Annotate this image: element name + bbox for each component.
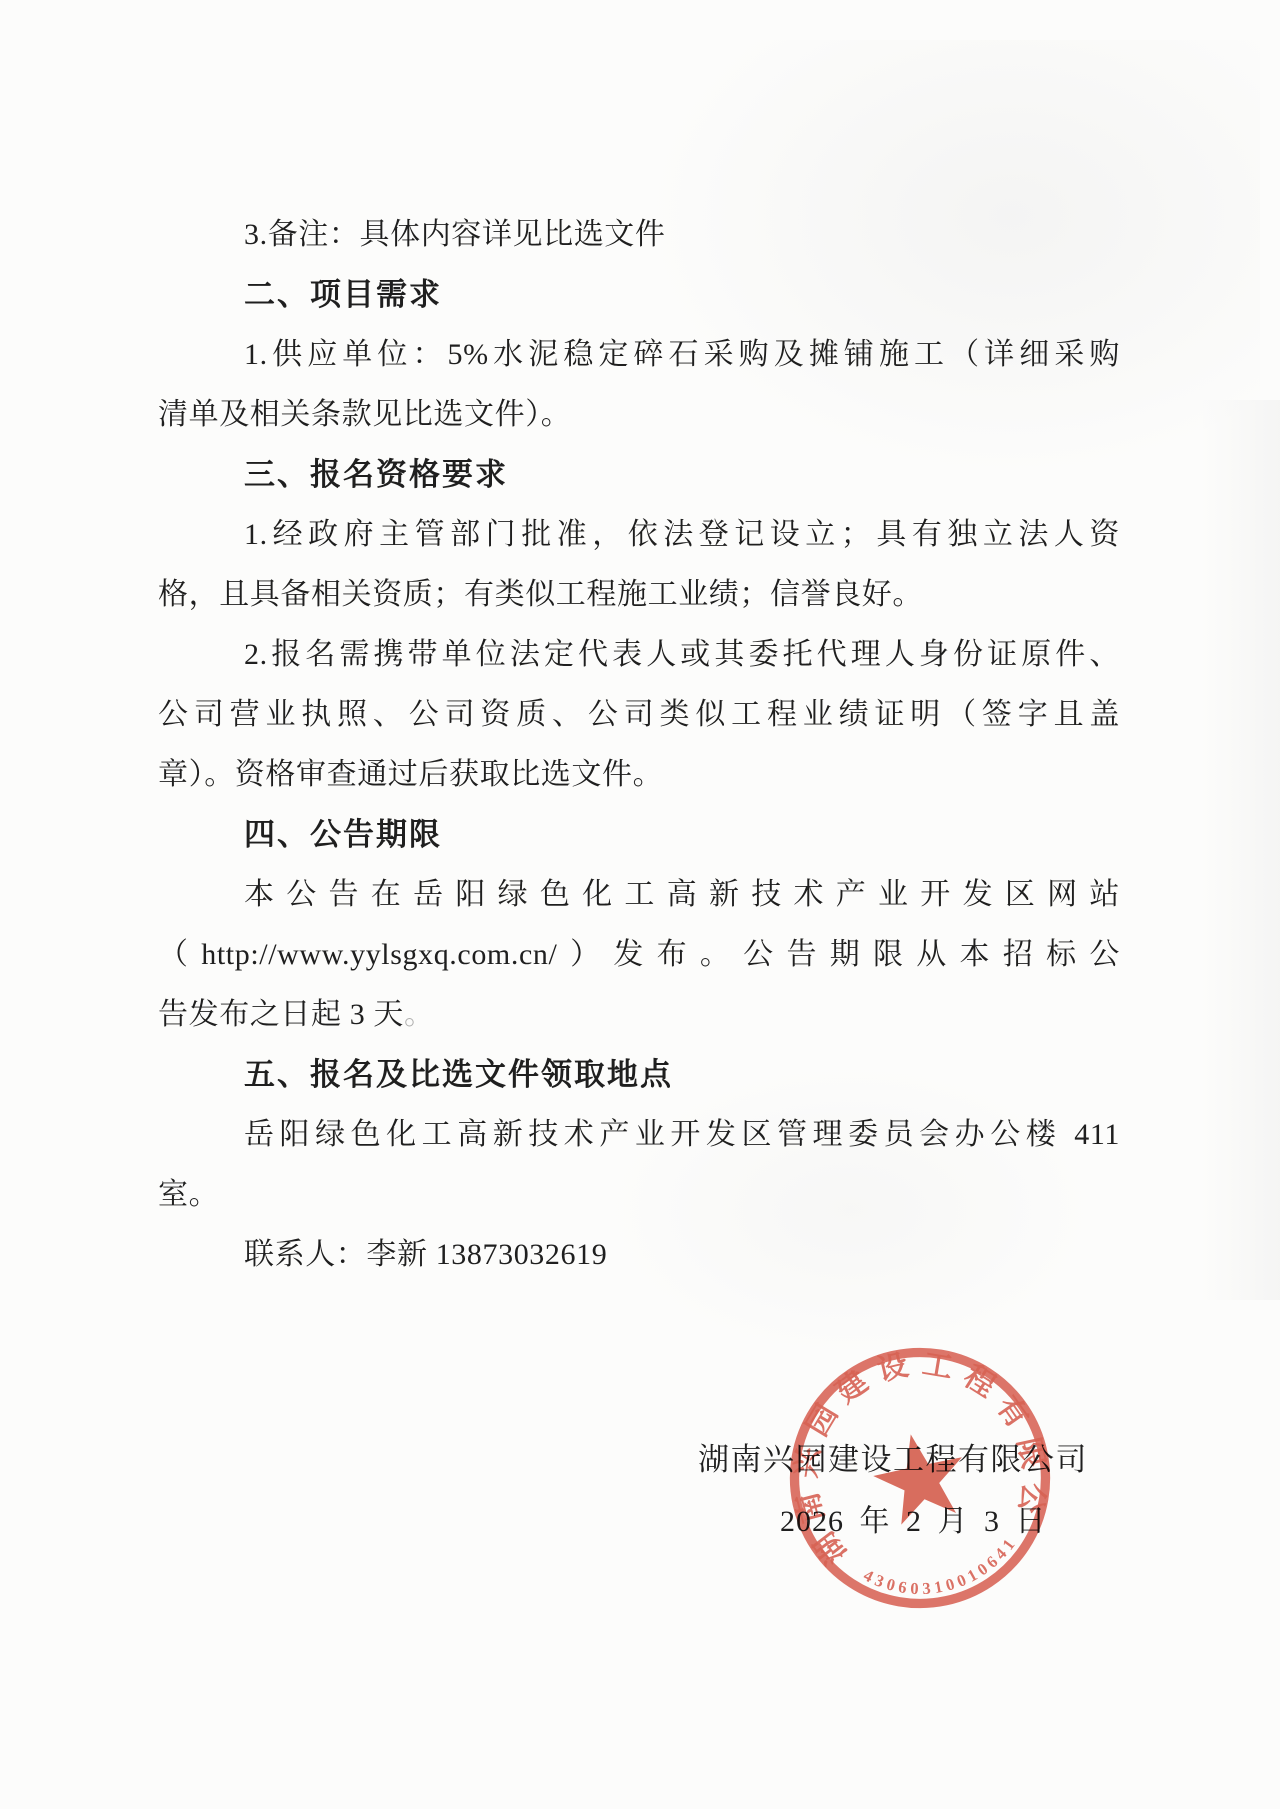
body-line-text: 告发布之日起 3 天 — [158, 998, 404, 1031]
section-heading-eligibility: 三、报名资格要求 — [158, 445, 1120, 505]
body-line: 告发布之日起 3 天。 — [158, 985, 1120, 1045]
section-heading-project-req: 二、项目需求 — [158, 265, 1120, 325]
scan-shading-artifact — [1200, 400, 1280, 1300]
body-line: 公司营业执照、公司资质、公司类似工程业绩证明（签字且盖 — [158, 685, 1120, 745]
body-line: 清单及相关条款见比选文件）。 — [158, 385, 1120, 445]
section-heading-notice-period: 四、公告期限 — [158, 805, 1120, 865]
body-line: 2.报名需携带单位法定代表人或其委托代理人身份证原件、 — [158, 625, 1120, 685]
body-line-with-url: （http://www.yylsgxq.com.cn/）发布。公告期限从本招标公 — [158, 925, 1120, 985]
contact-line: 联系人：李新 13873032619 — [158, 1225, 1120, 1285]
body-line: 室。 — [158, 1165, 1120, 1225]
faint-period: 。 — [404, 998, 435, 1031]
body-line: 格，且具备相关资质；有类似工程施工业绩；信誉良好。 — [158, 565, 1120, 625]
company-seal-stamp: 湖南兴园建设工程有限公司 43060310010641 — [754, 1312, 1086, 1644]
body-line: 章）。资格审查通过后获取比选文件。 — [158, 745, 1120, 805]
document-body: 3.备注：具体内容详见比选文件 二、项目需求 1.供应单位：5%水泥稳定碎石采购… — [158, 205, 1120, 1285]
body-line: 1.供应单位：5%水泥稳定碎石采购及摊铺施工（详细采购 — [158, 325, 1120, 385]
scanned-document-page: 3.备注：具体内容详见比选文件 二、项目需求 1.供应单位：5%水泥稳定碎石采购… — [0, 0, 1280, 1809]
body-line: 本公告在岳阳绿色化工高新技术产业开发区网站 — [158, 865, 1120, 925]
section-heading-pickup-location: 五、报名及比选文件领取地点 — [158, 1045, 1120, 1105]
seal-star-icon — [866, 1425, 973, 1528]
body-line: 1.经政府主管部门批准，依法登记设立；具有独立法人资 — [158, 505, 1120, 565]
remark-line: 3.备注：具体内容详见比选文件 — [158, 205, 1120, 265]
body-line: 岳阳绿色化工高新技术产业开发区管理委员会办公楼 411 — [158, 1105, 1120, 1165]
